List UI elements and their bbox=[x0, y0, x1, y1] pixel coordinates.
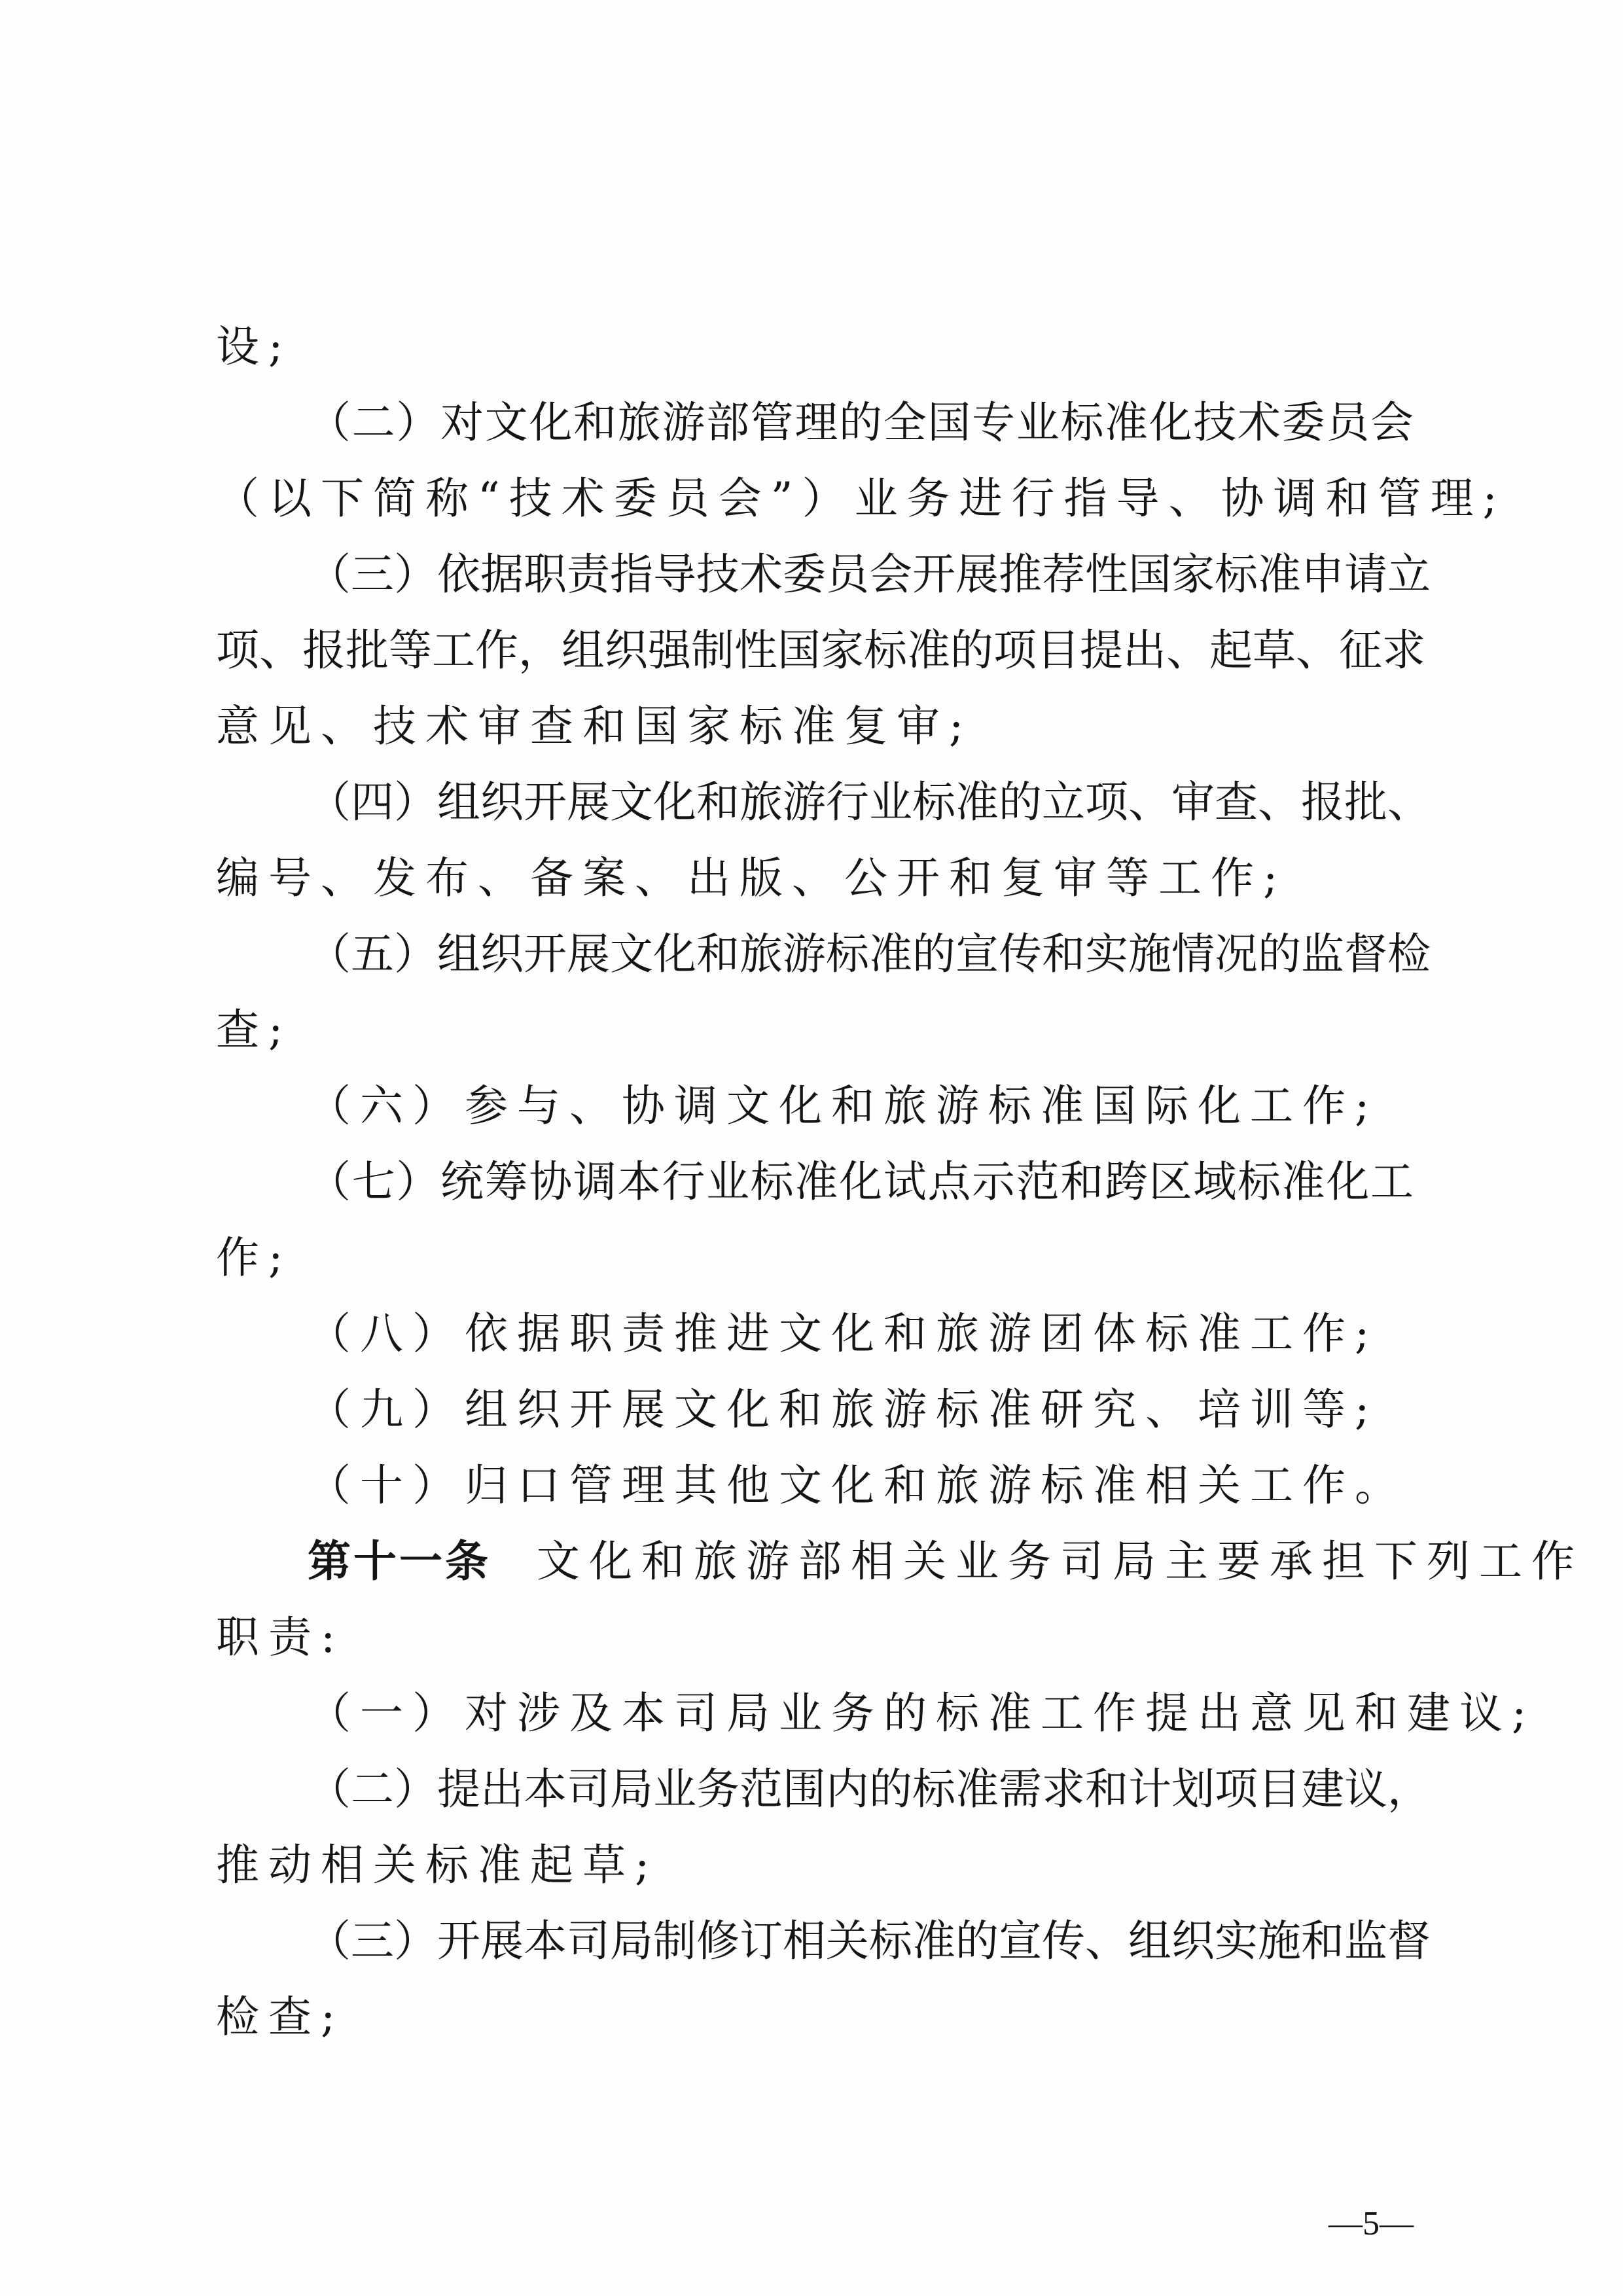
paragraph-line: （八）依据职责推进文化和旅游团体标准工作; bbox=[308, 1308, 1414, 1360]
paragraph-line: 作; bbox=[216, 1232, 1414, 1284]
paragraph-line: 编号、发布、备案、出版、公开和复审等工作; bbox=[216, 852, 1414, 905]
page-number: —5— bbox=[1329, 2204, 1414, 2243]
paragraph-line: （十）归口管理其他文化和旅游标准相关工作。 bbox=[308, 1460, 1414, 1512]
article-heading-line: 第十一条文化和旅游部相关业务司局主要承担下列工作 bbox=[308, 1535, 1414, 1588]
paragraph-line: 项、报批等工作，组织强制性国家标准的项目提出、起草、征求 bbox=[216, 624, 1414, 677]
paragraph-line: （五）组织开展文化和旅游标准的宣传和实施情况的监督检 bbox=[308, 928, 1414, 980]
paragraph-line: 查; bbox=[216, 1004, 1414, 1056]
paragraph-line: 检查; bbox=[216, 1991, 1414, 2043]
paragraph-line: （三）依据职责指导技术委员会开展推荐性国家标准申请立 bbox=[308, 548, 1414, 601]
paragraph-line: （二）对文化和旅游部管理的全国专业标准化技术委员会 bbox=[308, 397, 1414, 449]
paragraph-line: （四）组织开展文化和旅游行业标准的立项、审查、报批、 bbox=[308, 776, 1414, 829]
paragraph-line: （三）开展本司局制修订相关标准的宣传、组织实施和监督 bbox=[308, 1915, 1414, 1967]
paragraph-line: 职责: bbox=[216, 1611, 1414, 1664]
paragraph-line: （九）组织开展文化和旅游标准研究、培训等; bbox=[308, 1384, 1414, 1436]
document-page: 设; （二）对文化和旅游部管理的全国专业标准化技术委员会 （以下简称“技术委员会… bbox=[0, 0, 1623, 2296]
article-number: 第十一条 bbox=[308, 1536, 491, 1587]
paragraph-line: （以下简称“技术委员会”）业务进行指导、协调和管理; bbox=[216, 473, 1414, 525]
paragraph-line: （二）提出本司局业务范围内的标准需求和计划项目建议， bbox=[308, 1763, 1414, 1816]
paragraph-line: 意见、技术审查和国家标准复审; bbox=[216, 700, 1414, 753]
paragraph-line: （七）统筹协调本行业标准化试点示范和跨区域标准化工 bbox=[308, 1156, 1414, 1208]
paragraph-line: （一）对涉及本司局业务的标准工作提出意见和建议; bbox=[308, 1687, 1414, 1740]
article-text: 文化和旅游部相关业务司局主要承担下列工作 bbox=[537, 1536, 1584, 1587]
paragraph-line: 推动相关标准起草; bbox=[216, 1839, 1414, 1892]
paragraph-line: 设; bbox=[216, 321, 1414, 373]
paragraph-line: （六）参与、协调文化和旅游标准国际化工作; bbox=[308, 1080, 1414, 1132]
